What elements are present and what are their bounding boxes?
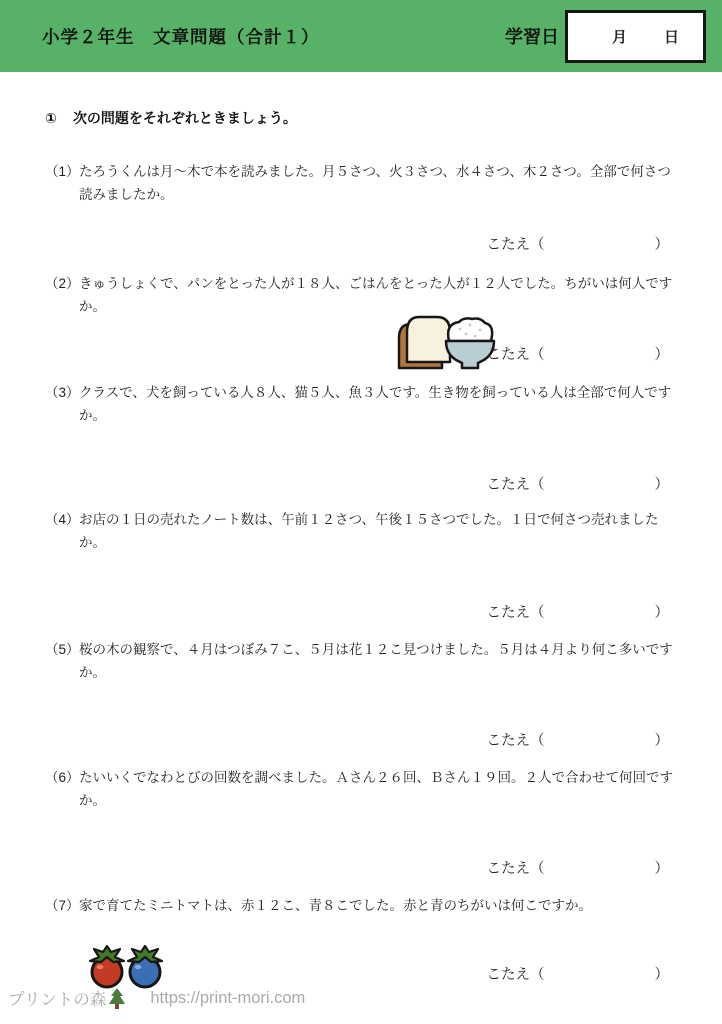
problem-item-4: （4） お店の１日の売れたノート数は、午前１２さつ、午後１５さつでした。１日で何… [45,508,677,554]
problem-item-6: （6） たいいくでなわとびの回数を調べました。Ａさん２６回、Ｂさん１９回。２人で… [45,766,677,812]
problem-number: （3） [45,381,80,404]
problem-text: クラスで、犬を飼っている人８人、猫５人、魚３人です。生き物を飼っている人は全部で… [79,385,671,423]
problem-number: （7） [45,894,80,917]
answer-label: こたえ（ [487,347,545,363]
answer-row-1: こたえ（） [45,233,669,254]
answer-close: ） [655,733,670,749]
problem-item-5: （5） 桜の木の観察で、４月はつぼみ７こ、５月は花１２こ見つけました。５月は４月… [45,638,677,684]
answer-label: こたえ（ [487,967,545,983]
answer-row-6: こたえ（） [45,857,669,878]
study-date-label: 学習日 [505,23,559,49]
problem-number: （1） [45,160,80,183]
problem-text: たろうくんは月〜木で本を読みました。月５さつ、火３さつ、水４さつ、木２さつ。全部… [79,164,671,202]
date-box: 月 日 [565,10,706,63]
answer-close: ） [655,967,670,983]
problem-number: （5） [45,638,80,661]
problem-item-3: （3） クラスで、犬を飼っている人８人、猫５人、魚３人です。生き物を飼っている人… [45,381,677,427]
answer-row-7: こたえ（） [45,963,669,984]
worksheet-page: 小学２年生 文章問題（合計１） 学習日 月 日 ①次の問題をそれぞれときましょう… [0,0,722,1024]
problem-number: （2） [45,272,80,295]
tree-icon [108,988,126,1009]
day-label: 日 [664,26,679,47]
footer: プリントの森 https://print-mori.com [8,986,305,1010]
section-title: 次の問題をそれぞれときましょう。 [73,110,297,126]
problem-item-7: （7） 家で育てたミニトマトは、赤１２こ、青８こでした。赤と青のちがいは何こです… [45,894,677,917]
header-bar: 小学２年生 文章問題（合計１） 学習日 月 日 [0,0,722,72]
problem-text: きゅうしょくで、パンをとった人が１８人、ごはんをとった人が１２人でした。ちがいは… [79,276,672,314]
section-number: ① [45,110,57,126]
problem-text: 家で育てたミニトマトは、赤１２こ、青８こでした。赤と青のちがいは何こですか。 [79,898,592,913]
answer-label: こたえ（ [487,605,545,621]
answer-close: ） [655,347,670,363]
site-name: プリントの森 [8,986,106,1010]
answer-label: こたえ（ [487,477,545,493]
problem-text: たいいくでなわとびの回数を調べました。Ａさん２６回、Ｂさん１９回。２人で合わせて… [79,770,673,808]
problem-number: （6） [45,766,80,789]
answer-close: ） [655,237,670,253]
page-title: 小学２年生 文章問題（合計１） [42,24,320,49]
answer-row-3: こたえ（） [45,473,669,494]
problem-text: 桜の木の観察で、４月はつぼみ７こ、５月は花１２こ見つけました。５月は４月より何こ… [79,642,673,680]
problem-item-1: （1） たろうくんは月〜木で本を読みました。月５さつ、火３さつ、水４さつ、木２さ… [45,160,677,206]
problem-number: （4） [45,508,80,531]
answer-row-2: こたえ（） [45,343,669,364]
answer-row-4: こたえ（） [45,601,669,622]
answer-label: こたえ（ [487,733,545,749]
answer-close: ） [655,477,670,493]
answer-label: こたえ（ [487,861,545,877]
site-url: https://print-mori.com [150,989,305,1008]
problem-item-2: （2） きゅうしょくで、パンをとった人が１８人、ごはんをとった人が１２人でした。… [45,272,677,318]
answer-label: こたえ（ [487,237,545,253]
problem-text: お店の１日の売れたノート数は、午前１２さつ、午後１５さつでした。１日で何さつ売れ… [79,512,659,550]
month-label: 月 [612,26,627,47]
answer-close: ） [655,861,670,877]
answer-row-5: こたえ（） [45,729,669,750]
section-heading: ①次の問題をそれぞれときましょう。 [45,108,297,128]
study-date-area: 学習日 月 日 [505,10,706,63]
answer-close: ） [655,605,670,621]
